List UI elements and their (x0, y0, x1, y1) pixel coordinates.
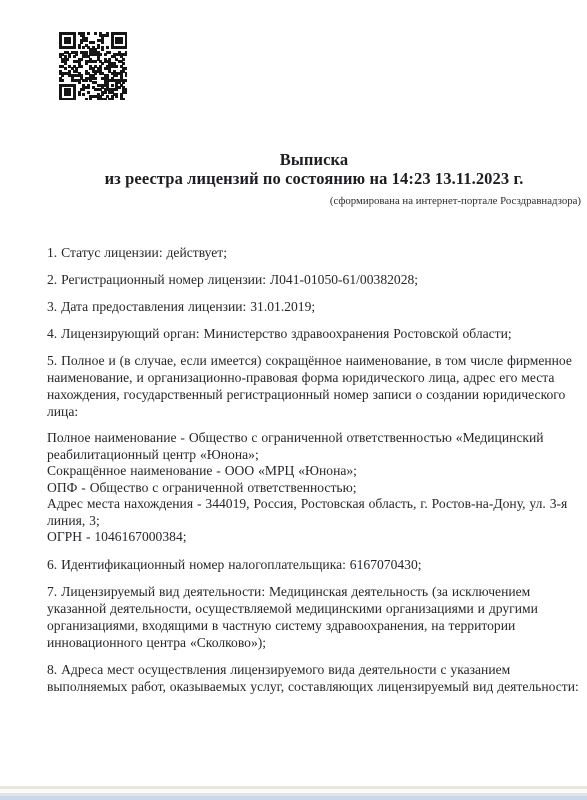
license-reg-number: 2. Регистрационный номер лицензии: Л041-… (47, 271, 581, 288)
qr-code (59, 32, 127, 100)
org-details: Полное наименование - Общество с огранич… (47, 430, 581, 546)
formed-note: (сформирована на интернет-портале Росздр… (47, 195, 581, 208)
document-body: Выписка из реестра лицензий по состоянию… (47, 150, 581, 705)
document-page: Выписка из реестра лицензий по состоянию… (0, 0, 587, 800)
org-opf: ОПФ - Общество с ограниченной ответствен… (47, 480, 581, 497)
activity-addresses-intro: 8. Адреса мест осуществления лицензируем… (47, 661, 581, 695)
license-status: 1. Статус лицензии: действует; (47, 244, 581, 261)
org-ogrn: ОГРН - 1046167000384; (47, 529, 581, 546)
license-grant-date: 3. Дата предоставления лицензии: 31.01.2… (47, 298, 581, 315)
bottom-blue-bar (0, 796, 587, 800)
document-title-line2: из реестра лицензий по состоянию на 14:2… (47, 169, 581, 188)
window-bottom-edge (0, 786, 587, 800)
org-info-intro: 5. Полное и (в случае, если имеется) сок… (47, 352, 581, 420)
org-short-name: Сокращённое наименование - ООО «МРЦ «Юно… (47, 463, 581, 480)
org-full-name: Полное наименование - Общество с огранич… (47, 430, 581, 463)
licensing-authority: 4. Лицензирующий орган: Министерство здр… (47, 325, 581, 342)
taxpayer-inn: 6. Идентификационный номер налогоплатель… (47, 556, 581, 573)
org-address: Адрес места нахождения - 344019, Россия,… (47, 496, 581, 529)
document-title: Выписка (47, 150, 581, 169)
licensed-activity: 7. Лицензируемый вид деятельности: Медиц… (47, 583, 581, 651)
